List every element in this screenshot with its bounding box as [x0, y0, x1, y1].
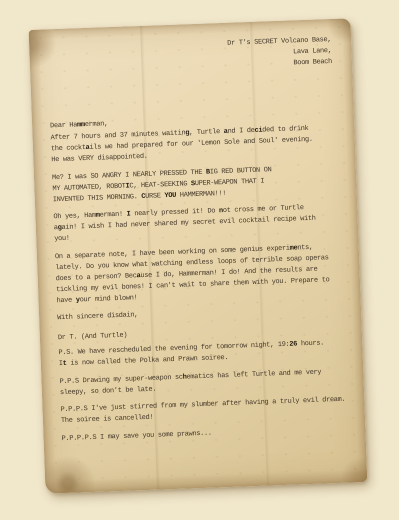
paragraph: On a separate note, I have been working …: [55, 241, 347, 307]
letter-paper: Dr T's SECRET Volcano Base, Lava Lane, B…: [29, 18, 368, 493]
paragraph: Me? I was SO ANGRY I NEARLY PRESSED THE …: [52, 162, 343, 206]
paragraph: P.P.P.S I've just stirred from my slumbe…: [60, 395, 351, 428]
closing: With sincere disdain,: [57, 303, 347, 325]
paragraph: P.P.P.P.S I may save you some prawns...: [61, 423, 351, 445]
letter-body: After 7 hours and 37 minutes waiting, Tu…: [50, 123, 346, 307]
postscripts: P.S. We have rescheduled the evening for…: [58, 338, 351, 445]
text-line: P.P.P.P.S I may save you some prawns...: [61, 423, 351, 445]
paragraph: P.P.S Drawing my super-weapon schematics…: [59, 366, 350, 399]
page-background: Dr T's SECRET Volcano Base, Lava Lane, B…: [0, 0, 399, 520]
paragraph: Oh yes, Hammerman! I nearly pressed it! …: [53, 202, 344, 246]
sender-address: Dr T's SECRET Volcano Base, Lava Lane, B…: [47, 35, 338, 79]
